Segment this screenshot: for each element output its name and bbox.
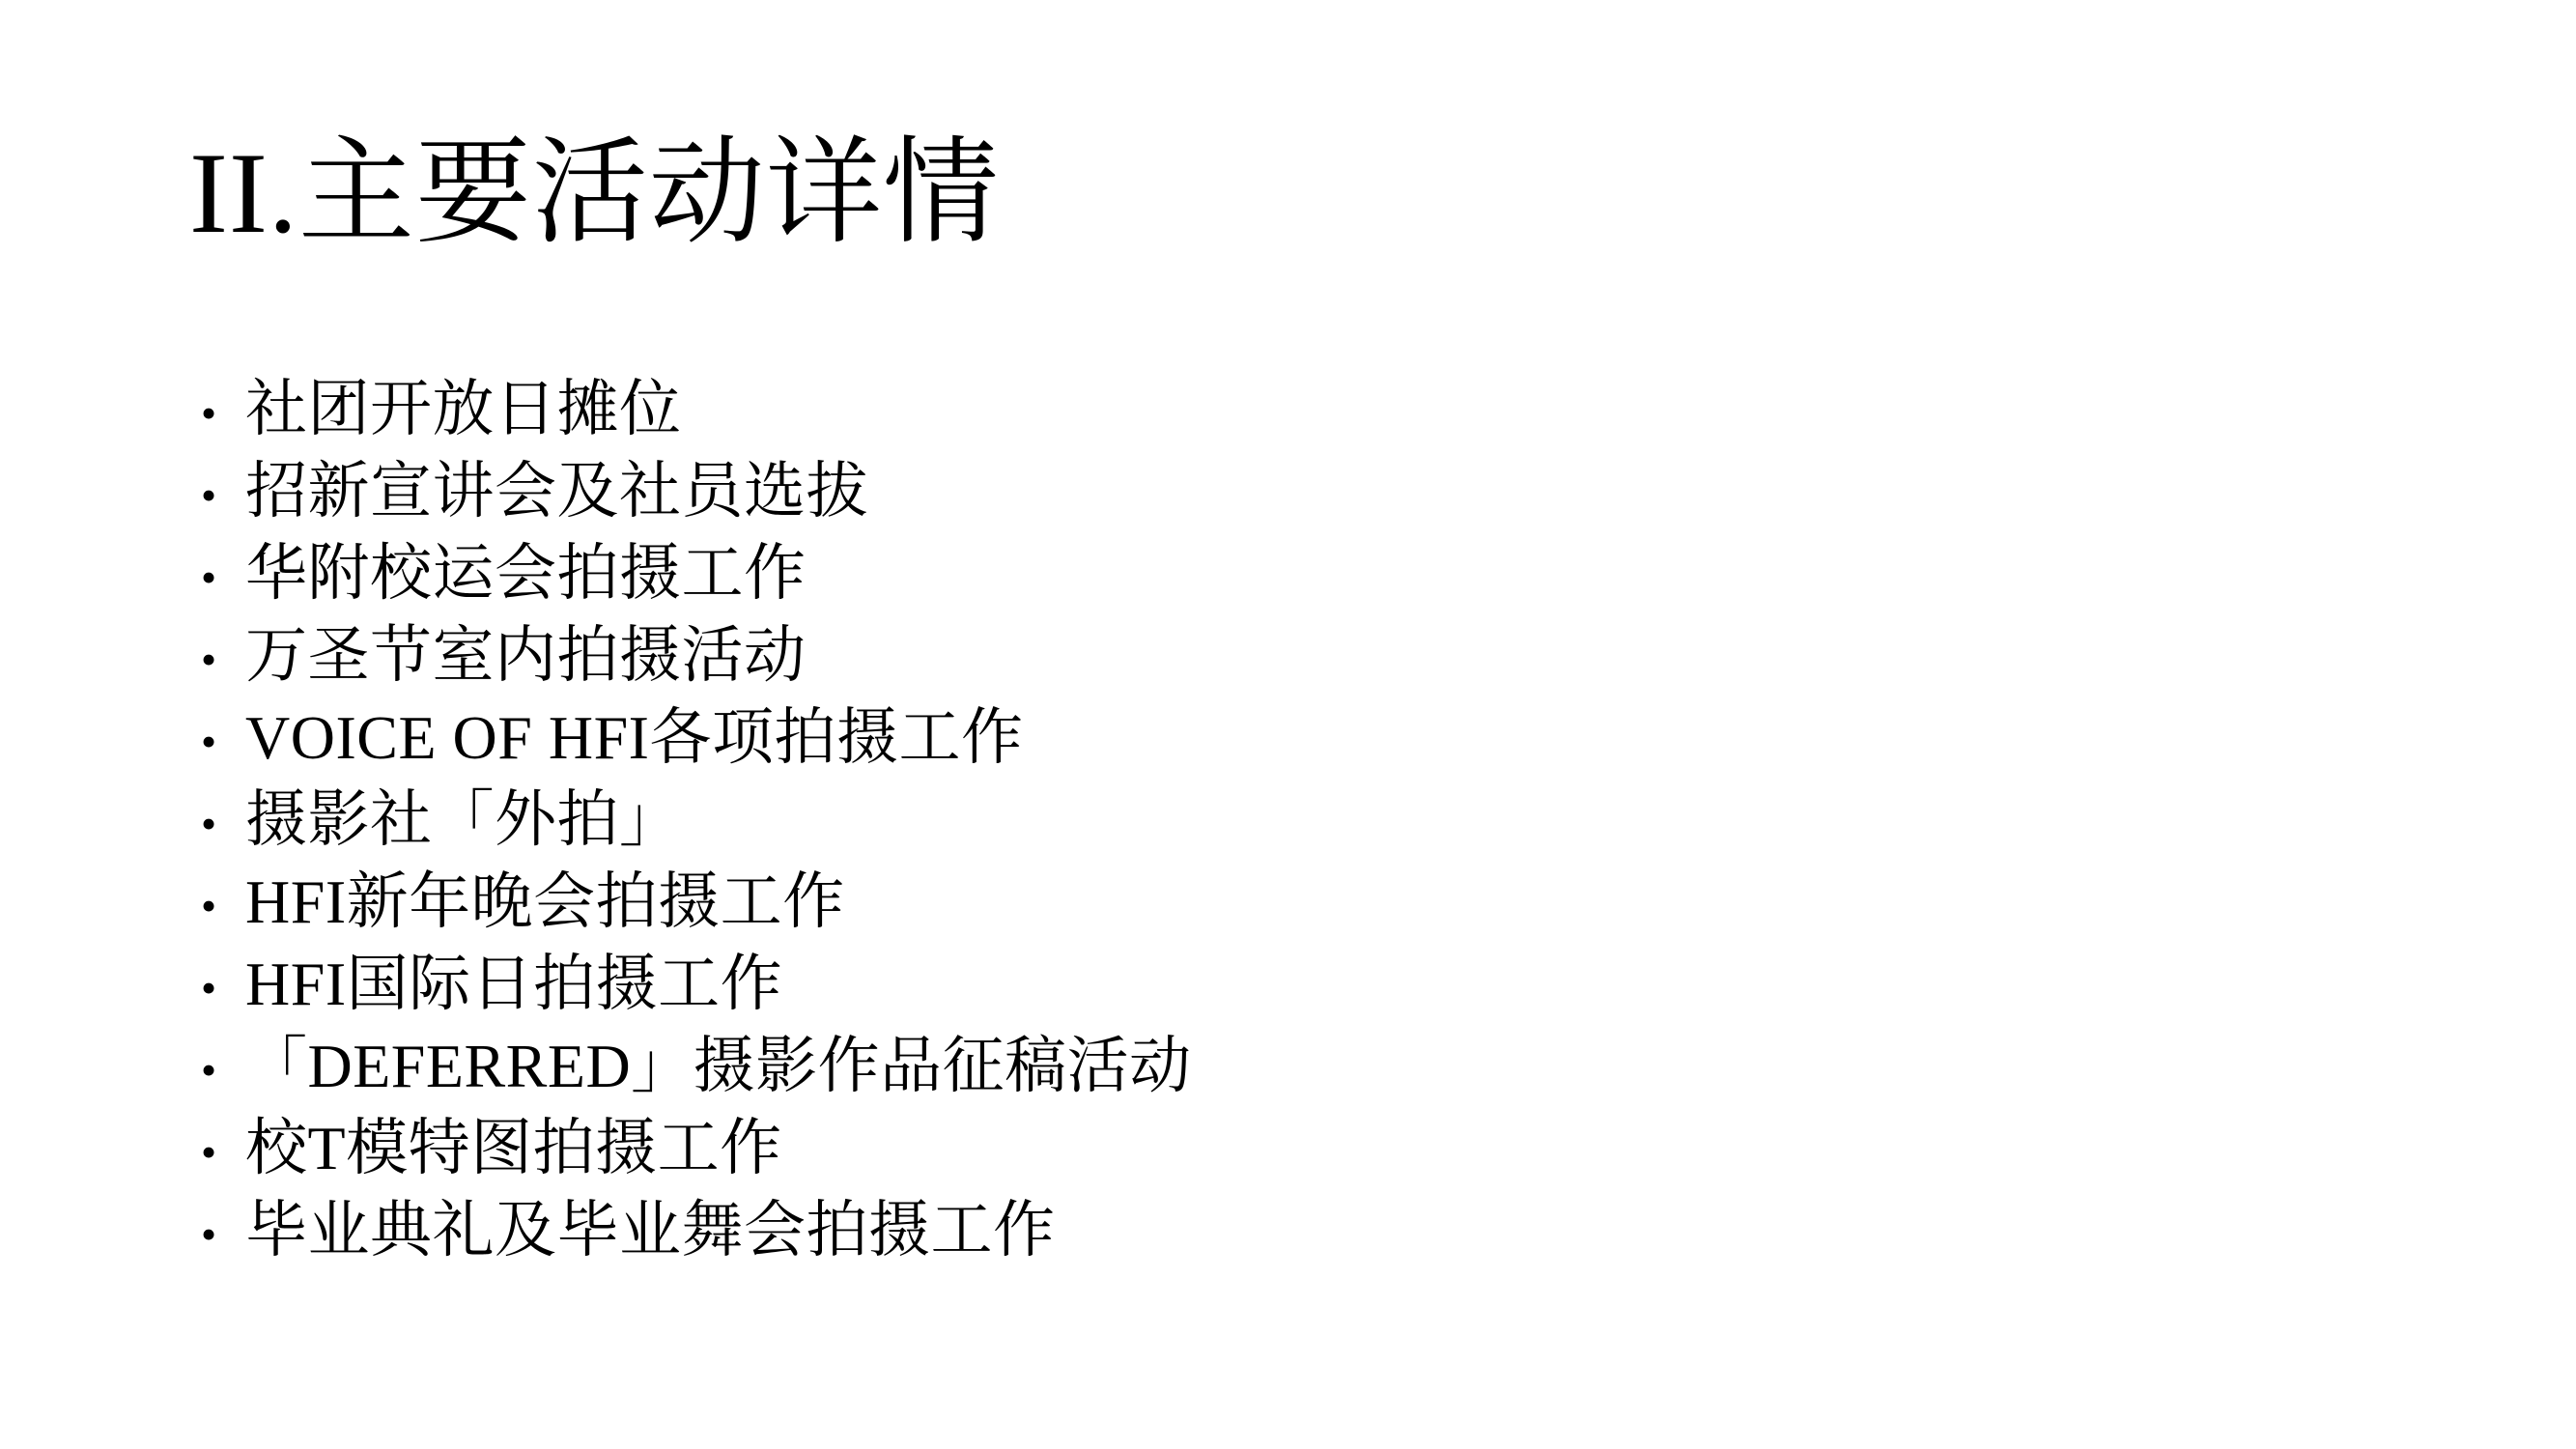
bullet-icon: • [201,372,245,454]
bullet-icon: • [201,1193,245,1275]
list-item: •万圣节室内拍摄活动 [201,614,1192,696]
bullet-icon: • [201,865,245,947]
list-item: •校T模特图拍摄工作 [201,1107,1192,1189]
list-item-text: 华附校运会拍摄工作 [245,539,807,608]
list-item: •社团开放日摊位 [201,368,1192,450]
bullet-icon: • [201,947,245,1029]
list-item: •HFI新年晚会拍摄工作 [201,861,1192,943]
bullet-icon: • [201,1029,245,1111]
bullet-icon: • [201,782,245,865]
list-item-text: 摄影社「外拍」 [245,785,682,854]
bullet-icon: • [201,536,245,618]
list-item-text: 毕业典礼及毕业舞会拍摄工作 [245,1196,1056,1264]
list-item-text: 万圣节室内拍摄活动 [245,621,807,690]
bullet-icon: • [201,700,245,782]
bullet-icon: • [201,1111,245,1193]
activity-list: •社团开放日摊位 •招新宣讲会及社员选拔 •华附校运会拍摄工作 •万圣节室内拍摄… [201,368,1192,1271]
list-item: •毕业典礼及毕业舞会拍摄工作 [201,1189,1192,1271]
list-item: •招新宣讲会及社员选拔 [201,450,1192,532]
presentation-slide: II.主要活动详情 •社团开放日摊位 •招新宣讲会及社员选拔 •华附校运会拍摄工… [0,0,2576,1449]
list-item: •「DEFERRED」摄影作品征稿活动 [201,1025,1192,1107]
slide-title: II.主要活动详情 [189,124,1000,263]
list-item-text: 招新宣讲会及社员选拔 [245,457,868,526]
list-item-text: VOICE OF HFI各项拍摄工作 [245,703,1023,772]
bullet-icon: • [201,618,245,700]
list-item: •华附校运会拍摄工作 [201,532,1192,614]
list-item: •HFI国际日拍摄工作 [201,943,1192,1025]
list-item: •VOICE OF HFI各项拍摄工作 [201,696,1192,779]
list-item-text: 社团开放日摊位 [245,375,682,443]
list-item-text: HFI新年晚会拍摄工作 [245,867,845,936]
bullet-icon: • [201,454,245,536]
list-item-text: HFI国际日拍摄工作 [245,950,782,1018]
list-item-text: 校T模特图拍摄工作 [245,1114,782,1182]
list-item: •摄影社「外拍」 [201,779,1192,861]
list-item-text: 「DEFERRED」摄影作品征稿活动 [245,1032,1192,1100]
